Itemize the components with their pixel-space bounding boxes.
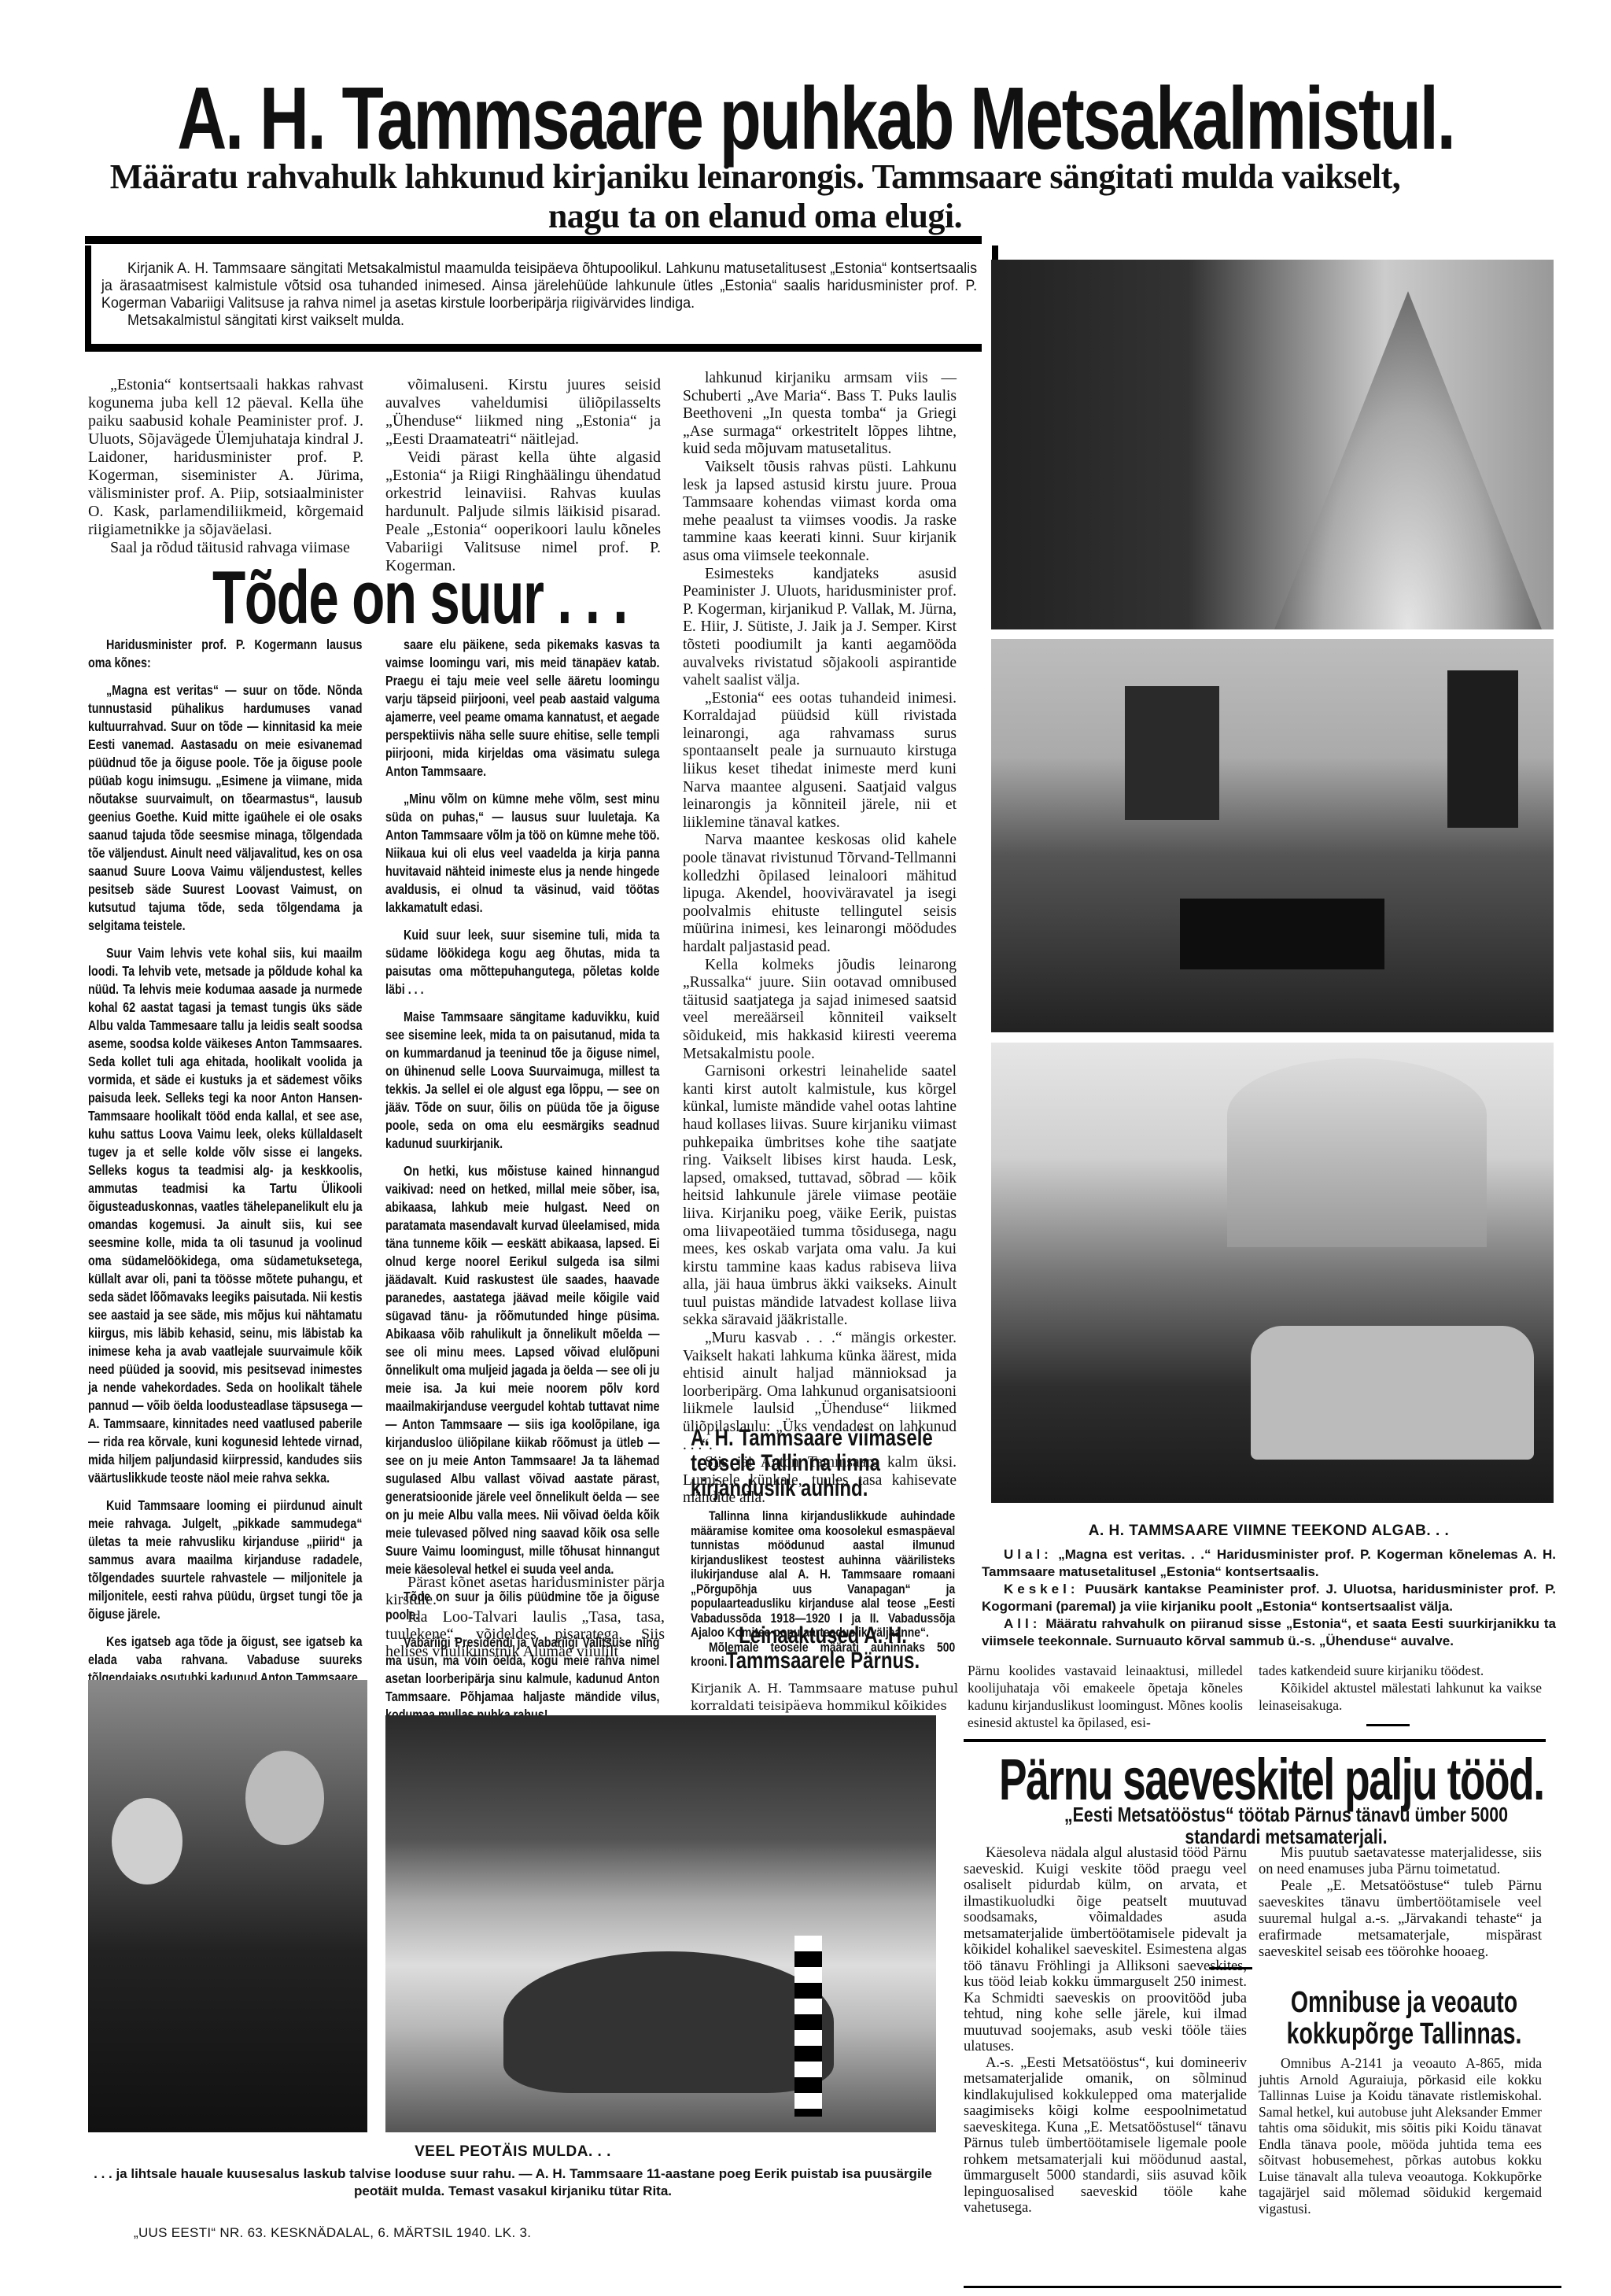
page-footer: „UUS EESTI“ NR. 63. KESKNÄDALAL, 6. MÄRT… bbox=[134, 2225, 531, 2241]
photo-coffin bbox=[1180, 899, 1384, 969]
section-divider bbox=[1209, 1967, 1252, 1969]
lead-box-top-rule bbox=[85, 236, 982, 244]
photo-face-shape bbox=[112, 1798, 182, 1884]
sawmill-subheadline: „Eesti Metsatööstus“ töötab Pärnus tänav… bbox=[1064, 1803, 1509, 1848]
award-paragraph: Tallinna linna kirjanduslikkude auhindad… bbox=[691, 1509, 955, 1641]
speech-paragraph: On hetki, kus mõistuse kained hinnangud … bbox=[385, 1162, 660, 1578]
speech-paragraph: „Magna est veritas“ — suur on tõde. Nõnd… bbox=[88, 681, 363, 935]
photo-speech-in-hall bbox=[991, 260, 1554, 629]
speech-paragraph: Kes igatseb aga tõde ja õigust, see igat… bbox=[88, 1633, 363, 1687]
article-column-3: lahkunud kirjaniku armsam viis — Schuber… bbox=[683, 370, 957, 1508]
speech-paragraph: Maise Tammsaare sängitame kaduvikku, kui… bbox=[385, 1008, 660, 1153]
page-headline: A. H. Tammsaare puhkab Metsakalmistul. bbox=[177, 75, 1433, 163]
article-column-2: võimaluseni. Kirstu juures seisid auvalv… bbox=[385, 376, 661, 575]
caption-label: Ulal: bbox=[1004, 1547, 1052, 1562]
caption-item-text: „Magna est veritas. . .“ Haridusminister… bbox=[982, 1547, 1556, 1579]
sawmill-paragraph: A.-s. „Eesti Metsatööstus“, kui domineer… bbox=[964, 2055, 1247, 2217]
sawmill-headline: Pärnu saeveskitel palju tööd. bbox=[999, 1751, 1544, 1809]
article-paragraph: Kella kolmeks jõudis leinarong „Russalka… bbox=[683, 957, 957, 1064]
article-paragraph: „Estonia“ kontsertsaali hakkas rahvast k… bbox=[88, 376, 363, 539]
photo-grave-mound bbox=[503, 1951, 834, 2093]
parnu-mourning-paragraph: tades katkendeid suure kirjaniku töödest… bbox=[1259, 1662, 1542, 1679]
photo-christmas-tree bbox=[1274, 291, 1542, 629]
photo-caption-bottom-title: VEEL PEOTÄIS MULDA. . . bbox=[88, 2143, 938, 2161]
sawmill-paragraph: Käesoleva nädala algul alustasid tööd Pä… bbox=[964, 1845, 1247, 2055]
parnu-mourning-article: Leinaaktused A. H. Tammsaarele Pärnus. K… bbox=[691, 1623, 958, 1715]
parnu-mourning-col3: tades katkendeid suure kirjaniku töödest… bbox=[1259, 1662, 1542, 1714]
lead-paragraph: Kirjanik A. H. Tammsaare sängitati Metsa… bbox=[101, 260, 977, 312]
parnu-mourning-col1: Kirjanik A. H. Tammsaare matuse puhul ko… bbox=[691, 1680, 958, 1715]
collision-article: Omnibuse ja veoauto kokkupõrge Tallinnas… bbox=[1263, 1987, 1546, 2050]
sawmill-paragraph: Peale „E. Metsatööstuse“ tuleb Pärnu sae… bbox=[1259, 1878, 1542, 1961]
sawmill-paragraph: Mis puutub saetavatesse materjalidesse, … bbox=[1259, 1845, 1542, 1878]
article-paragraph: Saal ja rõdud täitusid rahvaga viimase bbox=[88, 539, 363, 557]
photo-caption-right: A. H. TAMMSAARE VIIMNE TEEKOND ALGAB. . … bbox=[982, 1523, 1556, 1650]
photo-caption-bottom-text: . . . ja lihtsale hauale kuusesalus lask… bbox=[88, 2165, 938, 2200]
section-rule bbox=[964, 1739, 1546, 1742]
sawmill-column-2: Mis puutub saetavatesse materjalidesse, … bbox=[1259, 1845, 1542, 1961]
speech-paragraph: Haridusminister prof. P. Kogermann lausu… bbox=[88, 636, 363, 672]
speech-paragraph: saare elu päikene, seda pikemaks kasvas … bbox=[385, 636, 660, 781]
article-paragraph: Narva maantee keskosas olid kahele poole… bbox=[683, 832, 957, 956]
speech-after-paragraph: Ida Loo-Talvari laulis „Tasa, tasa, tuul… bbox=[385, 1608, 665, 1660]
parnu-mourning-col2: Pärnu koolides vastavaid leinaaktusi, mi… bbox=[968, 1662, 1243, 1731]
article-paragraph: Vaikselt tõusis rahvas püsti. Lahkunu le… bbox=[683, 459, 957, 566]
article-paragraph: Esimesteks kandjateks asusid Peaminister… bbox=[683, 566, 957, 690]
speech-after-paragraph: Pärast kõnet asetas haridusminister pärj… bbox=[385, 1574, 665, 1608]
parnu-mourning-headline: Leinaaktused A. H. Tammsaarele Pärnus. bbox=[691, 1623, 955, 1674]
photo-doorway bbox=[1125, 686, 1219, 820]
speech-paragraph: „Minu võlm on kümne mehe võlm, sest minu… bbox=[385, 790, 660, 917]
lead-box-bottom-rule bbox=[85, 344, 982, 352]
speech-paragraph: Kuid Tammsaare looming ei piirdunud ainu… bbox=[88, 1497, 363, 1623]
parnu-mourning-paragraph: Kõikidel aktustel mälestati lahkunut ka … bbox=[1259, 1679, 1542, 1714]
collision-paragraph: Omnibus A-2141 ja veoauto A-865, mida ju… bbox=[1259, 2055, 1542, 2217]
award-headline: A. H. Tammsaare viimasele teosele Tallin… bbox=[691, 1426, 955, 1501]
speech-headline: Tõde on suur . . . bbox=[212, 560, 627, 636]
article-paragraph: Garnisoni orkestri leinahelide saatel ka… bbox=[683, 1063, 957, 1330]
photo-coffin-carried bbox=[991, 639, 1554, 1032]
page-bottom-rule bbox=[964, 2286, 1561, 2288]
speech-paragraph: Suur Vaim lehvis vete kohal siis, kui ma… bbox=[88, 944, 363, 1487]
photo-hearse bbox=[1251, 1326, 1534, 1460]
article-paragraph: lahkunud kirjaniku armsam viis — Schuber… bbox=[683, 370, 957, 459]
section-divider bbox=[1366, 1724, 1410, 1726]
speech-column-1: Haridusminister prof. P. Kogermann lausu… bbox=[88, 636, 363, 1724]
article-column-1: „Estonia“ kontsertsaali hakkas rahvast k… bbox=[88, 376, 363, 557]
photo-doorway bbox=[1447, 670, 1518, 828]
photo-ribbon bbox=[794, 1936, 822, 2117]
lead-box: Kirjanik A. H. Tammsaare sängitati Metsa… bbox=[85, 245, 998, 344]
photo-crowd-at-estonia bbox=[991, 1043, 1554, 1503]
caption-label: All: bbox=[1004, 1616, 1041, 1631]
speech-column-2: saare elu päikene, seda pikemaks kasvas … bbox=[385, 636, 660, 1733]
photo-theatre-building bbox=[1227, 1058, 1487, 1247]
article-paragraph: „Estonia“ ees ootas tuhandeid inimesi. K… bbox=[683, 690, 957, 832]
photo-face-shape bbox=[245, 1751, 324, 1845]
lead-paragraph: Metsakalmistul sängitati kirst vaikselt … bbox=[101, 312, 977, 329]
speech-after: Pärast kõnet asetas haridusminister pärj… bbox=[385, 1574, 665, 1660]
photo-children-at-grave bbox=[88, 1680, 367, 2132]
article-paragraph: võimaluseni. Kirstu juures seisid auvalv… bbox=[385, 376, 661, 448]
collision-body: Omnibus A-2141 ja veoauto A-865, mida ju… bbox=[1259, 2055, 1542, 2217]
page-subheadline: Määratu rahvahulk lahkunud kirjaniku lei… bbox=[79, 157, 1432, 236]
sawmill-column-1: Käesoleva nädala algul alustasid tööd Pä… bbox=[964, 1845, 1247, 2217]
photo-grave-wreath bbox=[385, 1715, 936, 2132]
collision-headline: Omnibuse ja veoauto kokkupõrge Tallinnas… bbox=[1266, 1987, 1543, 2050]
photo-caption-right-title: A. H. TAMMSAARE VIIMNE TEEKOND ALGAB. . … bbox=[982, 1523, 1556, 1540]
caption-item-text: Määratu rahvahulk on piiranud sisse „Est… bbox=[982, 1616, 1556, 1648]
speech-paragraph: Kuid suur leek, suur sisemine tuli, mida… bbox=[385, 926, 660, 999]
caption-label: Keskel: bbox=[1004, 1582, 1078, 1596]
